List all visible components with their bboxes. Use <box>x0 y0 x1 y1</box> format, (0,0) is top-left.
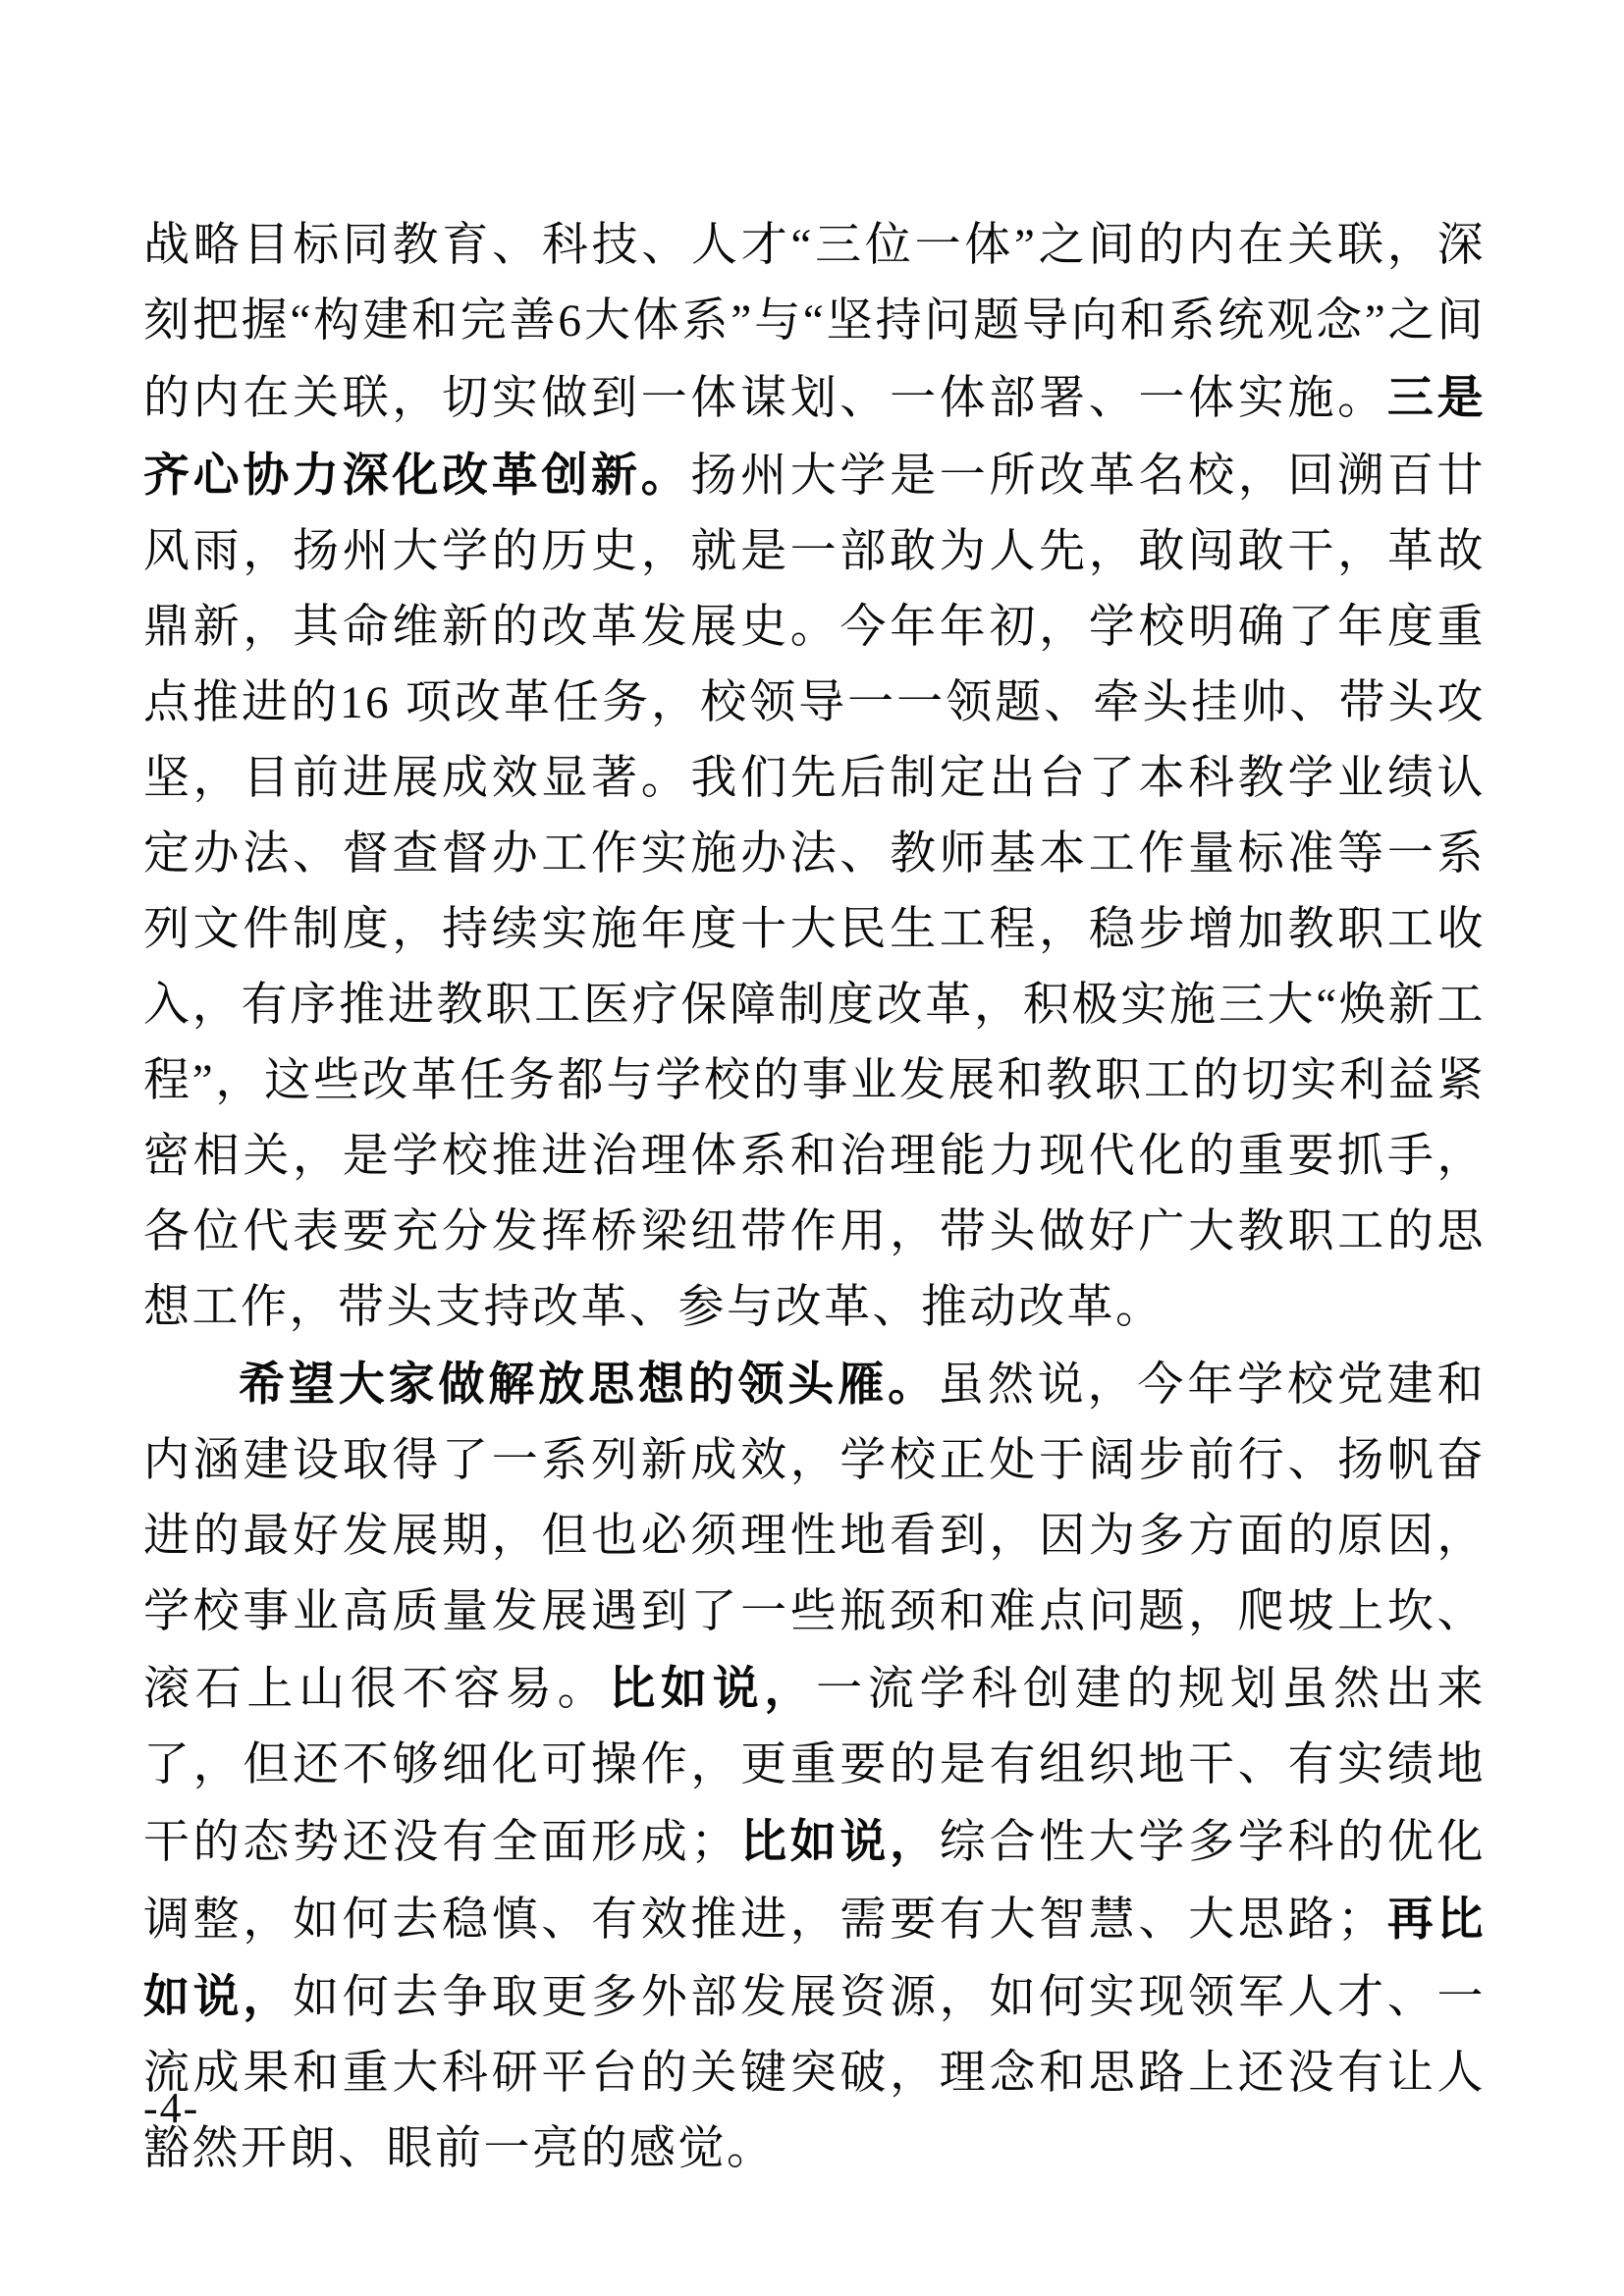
page-number: -4- <box>143 2084 199 2132</box>
emphasis-text: 比如说， <box>739 1815 940 1867</box>
paragraph-2: 希望大家做解放思想的领头雁。虽然说，今年学校党建和内涵建设取得了一系列新成效，学… <box>143 1346 1486 2187</box>
document-page: 战略目标同教育、科技、人才“三位一体”之间的内在关联，深刻把握“构建和完善6大体… <box>0 0 1624 2296</box>
body-text-segment: 如何去争取更多外部发展资源，如何实现领军人才、一流成果和重大科研平台的关键突破，… <box>143 1972 1486 2174</box>
document-body: 战略目标同教育、科技、人才“三位一体”之间的内在关联，深刻把握“构建和完善6大体… <box>143 208 1486 2187</box>
emphasis-text: 比如说， <box>609 1662 816 1714</box>
emphasis-text: 希望大家做解放思想的领头雁。 <box>239 1358 938 1410</box>
paragraph-1: 战略目标同教育、科技、人才“三位一体”之间的内在关联，深刻把握“构建和完善6大体… <box>143 208 1486 1346</box>
body-text-segment: 扬州大学是一所改革名校，回溯百廿风雨，扬州大学的历史，就是一部敢为人先，敢闯敢干… <box>143 451 1486 1333</box>
page-footer: -4- <box>143 2079 199 2138</box>
body-text-segment: 战略目标同教育、科技、人才“三位一体”之间的内在关联，深刻把握“构建和完善6大体… <box>143 220 1486 424</box>
